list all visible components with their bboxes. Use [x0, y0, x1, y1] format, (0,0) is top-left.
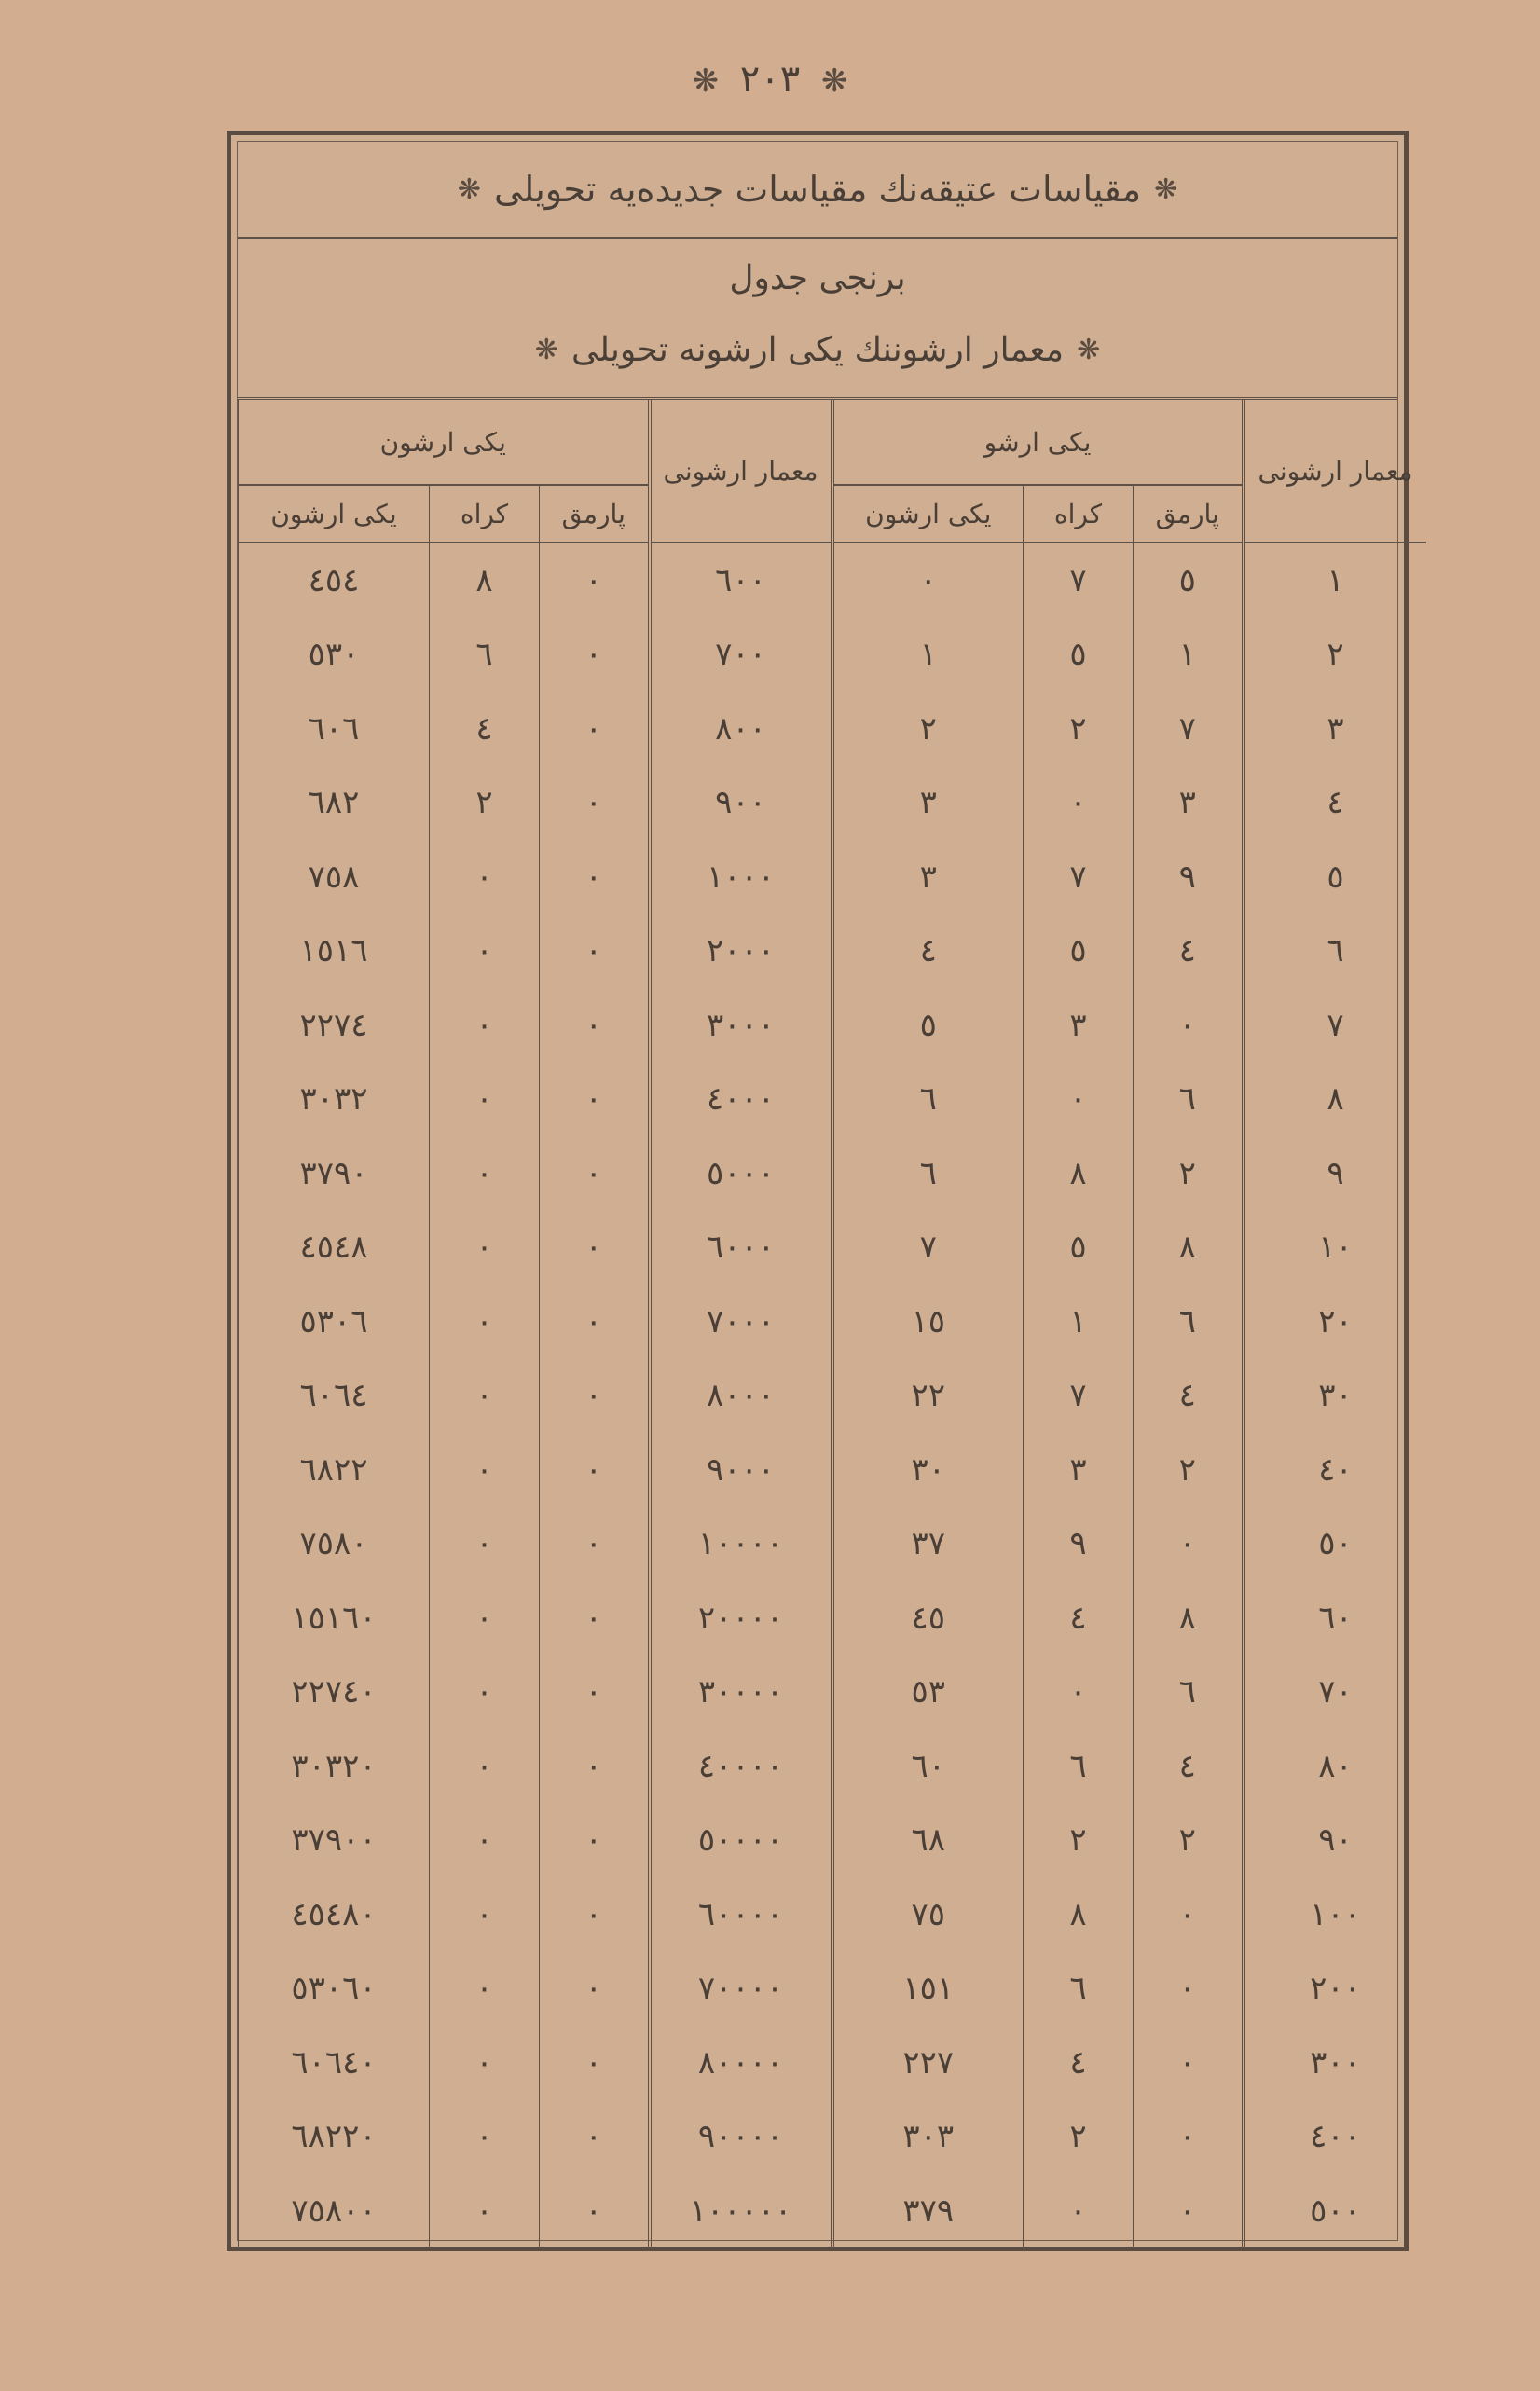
cell-parmak-right: ٥ [1134, 543, 1244, 618]
title-band: ❋ مقیاسات عتیقه‌نك مقیاسات جدیده‌یه تحوی… [238, 142, 1397, 239]
table-subtitle: معمار ارشوننك یكی ارشونه تحویلی [571, 331, 1064, 369]
cell-kerah-left: ٠ [430, 1285, 540, 1359]
cell-yeni-arshun-left: ٥٣٠٦٠ [239, 1952, 430, 2027]
cell-mimar-middle: ٣٠٠٠ [650, 988, 832, 1063]
cell-yeni-arshun-left: ٦٨٢ [239, 766, 430, 841]
cell-kerah-left: ٢ [430, 766, 540, 841]
ornament-icon: ❋ [458, 173, 481, 206]
cell-kerah-right: ٥ [1024, 914, 1134, 989]
table-frame-inner: ❋ مقیاسات عتیقه‌نك مقیاسات جدیده‌یه تحوی… [237, 141, 1398, 2241]
cell-kerah-right: ٨ [1024, 1877, 1134, 1952]
cell-mimar-right: ١٠ [1244, 1211, 1426, 1285]
cell-yeni-arshun-left: ٥٣٠٦ [239, 1285, 430, 1359]
table-frame: ❋ مقیاسات عتیقه‌نك مقیاسات جدیده‌یه تحوی… [227, 131, 1409, 2251]
conversion-table: معمار ارشونی یكی ارشو معمار ارشونی یكی ا… [238, 400, 1426, 2248]
cell-kerah-left: ٠ [430, 1359, 540, 1434]
table-row: ٣٠٤٧٢٢٨٠٠٠٠٠٦٠٦٤ [239, 1359, 1426, 1434]
cell-parmak-left: ٠ [540, 1656, 650, 1730]
cell-mimar-right: ٤٠٠ [1244, 2100, 1426, 2175]
cell-parmak-right: ٢ [1134, 1433, 1244, 1507]
cell-parmak-left: ٠ [540, 840, 650, 914]
subtitle-band: برنجی جدول ❋ معمار ارشوننك یكی ارشونه تح… [238, 239, 1397, 400]
cell-yeni-arshun-left: ٤٥٤٨ [239, 1211, 430, 1285]
ornament-icon: ❋ [1077, 334, 1100, 366]
cell-mimar-middle: ١٠٠٠ [650, 840, 832, 914]
cell-parmak-left: ٠ [540, 1877, 650, 1952]
cell-parmak-right: ٠ [1134, 1952, 1244, 2027]
cell-kerah-right: ٣ [1024, 988, 1134, 1063]
cell-parmak-left: ٠ [540, 914, 650, 989]
cell-kerah-left: ٠ [430, 914, 540, 989]
cell-mimar-middle: ٣٠٠٠٠ [650, 1656, 832, 1730]
cell-mimar-right: ٧ [1244, 988, 1426, 1063]
cell-mimar-right: ٢٠٠ [1244, 1952, 1426, 2027]
cell-yeni-arshun-right: ٦ [832, 1063, 1024, 1137]
cell-parmak-right: ٠ [1134, 2174, 1244, 2248]
cell-parmak-left: ٠ [540, 1359, 650, 1434]
cell-kerah-left: ٠ [430, 1729, 540, 1804]
cell-parmak-right: ٨ [1134, 1211, 1244, 1285]
ornament-icon: ❋ [1154, 173, 1177, 206]
cell-yeni-arshun-right: ٥٣ [832, 1656, 1024, 1730]
cell-yeni-arshun-left: ٢٢٧٤٠ [239, 1656, 430, 1730]
cell-mimar-middle: ٤٠٠٠٠ [650, 1729, 832, 1804]
table-row: ٦٤٥٤٢٠٠٠٠٠١٥١٦ [239, 914, 1426, 989]
cell-mimar-middle: ٧٠٠ [650, 618, 832, 693]
cell-kerah-left: ٠ [430, 2174, 540, 2248]
header-kerah-left: كراه [430, 485, 540, 543]
cell-mimar-middle: ١٠٠٠٠ [650, 1507, 832, 1582]
cell-parmak-right: ٠ [1134, 2026, 1244, 2100]
cell-yeni-arshun-left: ١٥١٦٠ [239, 1581, 430, 1656]
cell-parmak-left: ٠ [540, 766, 650, 841]
table-body: ١٥٧٠٦٠٠٠٨٤٥٤٢١٥١٧٠٠٠٦٥٣٠٣٧٢٢٨٠٠٠٤٦٠٦٤٣٠٣… [239, 543, 1426, 2248]
ornament-icon: ❋ [821, 62, 848, 100]
cell-yeni-arshun-right: ٣ [832, 840, 1024, 914]
cell-kerah-left: ٠ [430, 2100, 540, 2175]
cell-kerah-left: ٠ [430, 840, 540, 914]
table-row: ٥٠٠٠٠٣٧٩١٠٠٠٠٠٠٠٧٥٨٠٠ [239, 2174, 1426, 2248]
cell-yeni-arshun-left: ٣٠٣٢٠ [239, 1729, 430, 1804]
cell-parmak-left: ٠ [540, 2174, 650, 2248]
cell-mimar-right: ٨ [1244, 1063, 1426, 1137]
cell-parmak-left: ٠ [540, 618, 650, 693]
cell-yeni-arshun-right: ٣٧ [832, 1507, 1024, 1582]
cell-kerah-left: ٠ [430, 1507, 540, 1582]
cell-yeni-arshun-right: ٠ [832, 543, 1024, 618]
table-row: ٢٠٦١١٥٧٠٠٠٠٠٥٣٠٦ [239, 1285, 1426, 1359]
cell-kerah-right: ١ [1024, 1285, 1134, 1359]
cell-parmak-right: ٦ [1134, 1063, 1244, 1137]
cell-mimar-middle: ١٠٠٠٠٠ [650, 2174, 832, 2248]
cell-yeni-arshun-right: ٧٥ [832, 1877, 1024, 1952]
cell-yeni-arshun-left: ٦٨٢٢ [239, 1433, 430, 1507]
cell-parmak-right: ٠ [1134, 1877, 1244, 1952]
cell-kerah-right: ٦ [1024, 1729, 1134, 1804]
page-number-value: ٢٠٣ [740, 58, 800, 101]
cell-kerah-right: ٢ [1024, 1804, 1134, 1878]
cell-mimar-right: ٥٠ [1244, 1507, 1426, 1582]
cell-mimar-middle: ٩٠٠٠ [650, 1433, 832, 1507]
header-group-yeni-arshun: یكی ارشون [239, 400, 650, 485]
cell-mimar-middle: ٥٠٠٠٠ [650, 1804, 832, 1878]
cell-mimar-middle: ٢٠٠٠٠ [650, 1581, 832, 1656]
table-row: ٤٠٠٠٢٣٠٣٩٠٠٠٠٠٠٦٨٢٢٠ [239, 2100, 1426, 2175]
cell-yeni-arshun-right: ٦٠ [832, 1729, 1024, 1804]
cell-mimar-middle: ٩٠٠ [650, 766, 832, 841]
table-row: ٩٠٢٢٦٨٥٠٠٠٠٠٠٣٧٩٠٠ [239, 1804, 1426, 1878]
cell-yeni-arshun-left: ٦٠٦ [239, 692, 430, 766]
cell-mimar-right: ٢٠ [1244, 1285, 1426, 1359]
cell-yeni-arshun-right: ٤٥ [832, 1581, 1024, 1656]
cell-mimar-right: ٦ [1244, 914, 1426, 989]
cell-parmak-left: ٠ [540, 1729, 650, 1804]
header-parmak-right: پارمق [1134, 485, 1244, 543]
cell-yeni-arshun-right: ٣ [832, 766, 1024, 841]
table-row: ٨٦٠٦٤٠٠٠٠٠٣٠٣٢ [239, 1063, 1426, 1137]
cell-parmak-left: ٠ [540, 1285, 650, 1359]
table-row: ١٠٨٥٧٦٠٠٠٠٠٤٥٤٨ [239, 1211, 1426, 1285]
cell-kerah-left: ٠ [430, 1581, 540, 1656]
cell-mimar-middle: ٥٠٠٠ [650, 1136, 832, 1211]
cell-mimar-right: ٦٠ [1244, 1581, 1426, 1656]
cell-mimar-middle: ٧٠٠٠٠ [650, 1952, 832, 2027]
cell-parmak-left: ٠ [540, 1211, 650, 1285]
cell-kerah-left: ٠ [430, 1136, 540, 1211]
table-row: ٣٠٠٠٤٢٢٧٨٠٠٠٠٠٠٦٠٦٤٠ [239, 2026, 1426, 2100]
cell-parmak-right: ٠ [1134, 2100, 1244, 2175]
cell-yeni-arshun-left: ٦٠٦٤٠ [239, 2026, 430, 2100]
cell-mimar-middle: ٨٠٠٠ [650, 1359, 832, 1434]
cell-parmak-right: ٨ [1134, 1581, 1244, 1656]
cell-yeni-arshun-left: ١٥١٦ [239, 914, 430, 989]
cell-yeni-arshun-right: ٧ [832, 1211, 1024, 1285]
cell-yeni-arshun-right: ٣٧٩ [832, 2174, 1024, 2248]
cell-kerah-right: ٠ [1024, 1656, 1134, 1730]
cell-kerah-left: ٤ [430, 692, 540, 766]
cell-parmak-left: ٠ [540, 1581, 650, 1656]
cell-yeni-arshun-right: ٢٢٧ [832, 2026, 1024, 2100]
cell-mimar-middle: ٧٠٠٠ [650, 1285, 832, 1359]
cell-parmak-left: ٠ [540, 1507, 650, 1582]
cell-kerah-right: ٩ [1024, 1507, 1134, 1582]
cell-parmak-right: ٣ [1134, 766, 1244, 841]
cell-parmak-left: ٠ [540, 988, 650, 1063]
cell-parmak-right: ٩ [1134, 840, 1244, 914]
cell-mimar-middle: ٨٠٠ [650, 692, 832, 766]
cell-kerah-right: ٧ [1024, 840, 1134, 914]
table-row: ٢٠٠٠٦١٥١٧٠٠٠٠٠٠٥٣٠٦٠ [239, 1952, 1426, 2027]
header-kerah-right: كراه [1024, 485, 1134, 543]
cell-mimar-middle: ٦٠٠٠٠ [650, 1877, 832, 1952]
cell-parmak-left: ٠ [540, 1433, 650, 1507]
cell-parmak-left: ٠ [540, 1952, 650, 2027]
cell-yeni-arshun-right: ٤ [832, 914, 1024, 989]
cell-parmak-right: ٠ [1134, 988, 1244, 1063]
cell-kerah-right: ٠ [1024, 1063, 1134, 1137]
cell-mimar-middle: ٤٠٠٠ [650, 1063, 832, 1137]
cell-parmak-right: ١ [1134, 618, 1244, 693]
table-row: ٩٢٨٦٥٠٠٠٠٠٣٧٩٠ [239, 1136, 1426, 1211]
cell-yeni-arshun-right: ٢ [832, 692, 1024, 766]
cell-yeni-arshun-right: ١ [832, 618, 1024, 693]
table-subtitle-row: ❋ معمار ارشوننك یكی ارشونه تحویلی ❋ [238, 317, 1397, 382]
cell-parmak-right: ٠ [1134, 1507, 1244, 1582]
cell-kerah-right: ٤ [1024, 1581, 1134, 1656]
cell-kerah-right: ٨ [1024, 1136, 1134, 1211]
cell-parmak-left: ٠ [540, 1804, 650, 1878]
ornament-icon: ❋ [693, 62, 720, 100]
cell-yeni-arshun-left: ٦٠٦٤ [239, 1359, 430, 1434]
cell-mimar-right: ١٠٠ [1244, 1877, 1426, 1952]
cell-parmak-right: ٦ [1134, 1656, 1244, 1730]
cell-yeni-arshun-left: ٣٧٩٠ [239, 1136, 430, 1211]
cell-parmak-left: ٠ [540, 2100, 650, 2175]
cell-kerah-left: ٠ [430, 1656, 540, 1730]
cell-mimar-right: ٣٠ [1244, 1359, 1426, 1434]
cell-kerah-right: ٢ [1024, 2100, 1134, 2175]
cell-parmak-left: ٠ [540, 2026, 650, 2100]
cell-mimar-right: ٤٠ [1244, 1433, 1426, 1507]
cell-mimar-right: ٨٠ [1244, 1729, 1426, 1804]
cell-yeni-arshun-left: ٣٧٩٠٠ [239, 1804, 430, 1878]
cell-kerah-right: ٣ [1024, 1433, 1134, 1507]
ornament-icon: ❋ [535, 334, 558, 366]
table-row: ٤٠٢٣٣٠٩٠٠٠٠٠٦٨٢٢ [239, 1433, 1426, 1507]
cell-yeni-arshun-right: ١٥ [832, 1285, 1024, 1359]
cell-kerah-right: ٦ [1024, 1952, 1134, 2027]
header-group-yeni-arshu: یكی ارشو [832, 400, 1244, 485]
cell-kerah-left: ٦ [430, 618, 540, 693]
header-yeni-arshun-right: یكی ارشون [832, 485, 1024, 543]
cell-mimar-middle: ٦٠٠ [650, 543, 832, 618]
table-row: ٣٧٢٢٨٠٠٠٤٦٠٦ [239, 692, 1426, 766]
cell-parmak-right: ٦ [1134, 1285, 1244, 1359]
cell-mimar-right: ٩ [1244, 1136, 1426, 1211]
cell-parmak-right: ٢ [1134, 1136, 1244, 1211]
cell-kerah-left: ٠ [430, 2026, 540, 2100]
cell-mimar-middle: ٦٠٠٠ [650, 1211, 832, 1285]
cell-parmak-right: ٤ [1134, 914, 1244, 989]
cell-parmak-left: ٠ [540, 543, 650, 618]
table-row: ٥٠٠٩٣٧١٠٠٠٠٠٠٧٥٨٠ [239, 1507, 1426, 1582]
cell-yeni-arshun-right: ١٥١ [832, 1952, 1024, 2027]
cell-yeni-arshun-right: ٣٠ [832, 1433, 1024, 1507]
cell-parmak-right: ٤ [1134, 1729, 1244, 1804]
cell-yeni-arshun-left: ٤٥٤٨٠ [239, 1877, 430, 1952]
page-number: ❋ ٢٠٣ ❋ [0, 58, 1540, 101]
cell-yeni-arshun-right: ٦٨ [832, 1804, 1024, 1878]
cell-kerah-right: ٧ [1024, 543, 1134, 618]
table-row: ٢١٥١٧٠٠٠٦٥٣٠ [239, 618, 1426, 693]
cell-parmak-right: ٢ [1134, 1804, 1244, 1878]
cell-kerah-right: ٠ [1024, 766, 1134, 841]
cell-yeni-arshun-left: ٥٣٠ [239, 618, 430, 693]
table-row: ٨٠٤٦٦٠٤٠٠٠٠٠٠٣٠٣٢٠ [239, 1729, 1426, 1804]
cell-kerah-right: ٢ [1024, 692, 1134, 766]
header-yeni-arshun-left: یكی ارشون [239, 485, 430, 543]
header-mimar-arshun-right: معمار ارشونی [1244, 400, 1426, 543]
cell-kerah-left: ٠ [430, 1433, 540, 1507]
cell-kerah-right: ٧ [1024, 1359, 1134, 1434]
cell-mimar-right: ٥ [1244, 840, 1426, 914]
cell-kerah-right: ٤ [1024, 2026, 1134, 2100]
table-row: ٤٣٠٣٩٠٠٠٢٦٨٢ [239, 766, 1426, 841]
table-heading: برنجی جدول [238, 239, 1397, 317]
page-title: مقیاسات عتیقه‌نك مقیاسات جدیده‌یه تحویلی [494, 169, 1141, 210]
cell-yeni-arshun-right: ٦ [832, 1136, 1024, 1211]
cell-kerah-left: ٠ [430, 1877, 540, 1952]
cell-yeni-arshun-right: ٥ [832, 988, 1024, 1063]
cell-parmak-right: ٧ [1134, 692, 1244, 766]
cell-mimar-right: ٣ [1244, 692, 1426, 766]
header-parmak-left: پارمق [540, 485, 650, 543]
cell-kerah-left: ٠ [430, 1063, 540, 1137]
cell-kerah-left: ٠ [430, 1211, 540, 1285]
table-row: ٥٩٧٣١٠٠٠٠٠٧٥٨ [239, 840, 1426, 914]
cell-parmak-left: ٠ [540, 1063, 650, 1137]
cell-yeni-arshun-right: ٢٢ [832, 1359, 1024, 1434]
cell-kerah-left: ٠ [430, 1804, 540, 1878]
cell-yeni-arshun-left: ٢٢٧٤ [239, 988, 430, 1063]
cell-parmak-right: ٤ [1134, 1359, 1244, 1434]
table-row: ٧٠٣٥٣٠٠٠٠٠٢٢٧٤ [239, 988, 1426, 1063]
cell-kerah-left: ٠ [430, 988, 540, 1063]
cell-parmak-left: ٠ [540, 692, 650, 766]
table-row: ١٥٧٠٦٠٠٠٨٤٥٤ [239, 543, 1426, 618]
cell-mimar-right: ٧٠ [1244, 1656, 1426, 1730]
cell-mimar-right: ١ [1244, 543, 1426, 618]
cell-yeni-arshun-left: ٧٥٨ [239, 840, 430, 914]
header-mimar-arshun-middle: معمار ارشونی [650, 400, 832, 543]
cell-parmak-left: ٠ [540, 1136, 650, 1211]
cell-mimar-middle: ٢٠٠٠ [650, 914, 832, 989]
cell-mimar-right: ٣٠٠ [1244, 2026, 1426, 2100]
cell-mimar-right: ٥٠٠ [1244, 2174, 1426, 2248]
cell-mimar-middle: ٩٠٠٠٠ [650, 2100, 832, 2175]
cell-yeni-arshun-left: ٧٥٨٠ [239, 1507, 430, 1582]
cell-yeni-arshun-left: ٧٥٨٠٠ [239, 2174, 430, 2248]
cell-yeni-arshun-left: ٣٠٣٢ [239, 1063, 430, 1137]
cell-kerah-left: ٨ [430, 543, 540, 618]
cell-kerah-right: ٠ [1024, 2174, 1134, 2248]
table-row: ٧٠٦٠٥٣٣٠٠٠٠٠٠٢٢٧٤٠ [239, 1656, 1426, 1730]
cell-yeni-arshun-right: ٣٠٣ [832, 2100, 1024, 2175]
cell-mimar-right: ٤ [1244, 766, 1426, 841]
table-row: ١٠٠٠٨٧٥٦٠٠٠٠٠٠٤٥٤٨٠ [239, 1877, 1426, 1952]
cell-yeni-arshun-left: ٤٥٤ [239, 543, 430, 618]
table-row: ٦٠٨٤٤٥٢٠٠٠٠٠٠١٥١٦٠ [239, 1581, 1426, 1656]
cell-mimar-right: ٢ [1244, 618, 1426, 693]
cell-kerah-right: ٥ [1024, 618, 1134, 693]
cell-mimar-right: ٩٠ [1244, 1804, 1426, 1878]
cell-yeni-arshun-left: ٦٨٢٢٠ [239, 2100, 430, 2175]
cell-kerah-left: ٠ [430, 1952, 540, 2027]
cell-mimar-middle: ٨٠٠٠٠ [650, 2026, 832, 2100]
cell-kerah-right: ٥ [1024, 1211, 1134, 1285]
